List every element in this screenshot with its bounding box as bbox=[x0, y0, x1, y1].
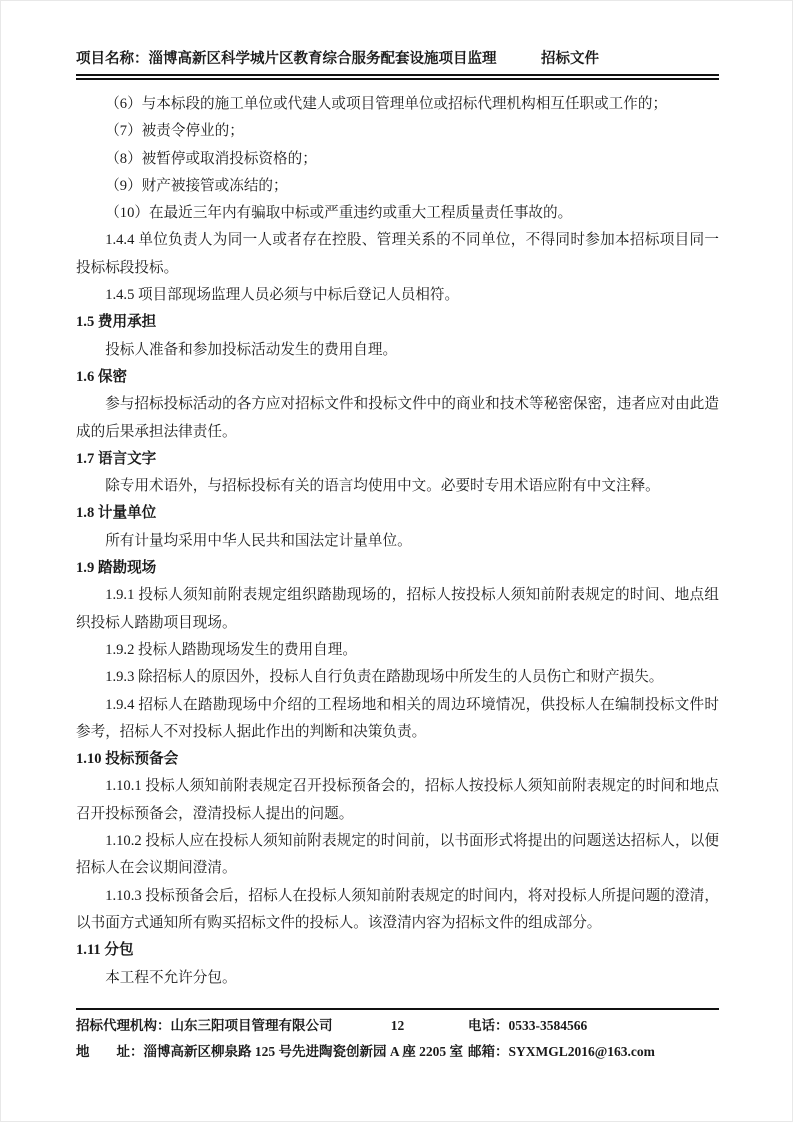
section-heading: 1.5 费用承担 bbox=[76, 309, 719, 336]
section-heading: 1.7 语言文字 bbox=[76, 446, 719, 473]
page-header: 项目名称：淄博高新区科学城片区教育综合服务配套设施项目监理 招标文件 bbox=[76, 49, 719, 80]
section-heading: 1.11 分包 bbox=[76, 937, 719, 964]
list-item: （9）财产被接管或冻结的； bbox=[76, 173, 719, 200]
paragraph: 1.9.2 投标人踏勘现场发生的费用自理。 bbox=[76, 637, 719, 664]
page-footer: 招标代理机构：山东三阳项目管理有限公司 12 电话：0533-3584566 地… bbox=[76, 1008, 719, 1065]
paragraph: 1.4.4 单位负责人为同一人或者存在控股、管理关系的不同单位，不得同时参加本招… bbox=[76, 227, 719, 282]
paragraph: 参与招标投标活动的各方应对招标文件和投标文件中的商业和技术等秘密保密，违者应对由… bbox=[76, 391, 719, 446]
header-text-row: 项目名称：淄博高新区科学城片区教育综合服务配套设施项目监理 招标文件 bbox=[76, 49, 719, 69]
paragraph: 1.9.4 招标人在踏勘现场中介绍的工程场地和相关的周边环境情况，供投标人在编制… bbox=[76, 692, 719, 747]
address-value: 淄博高新区柳泉路 125 号先进陶瓷创新园 A 座 2205 室 bbox=[144, 1044, 464, 1059]
section-heading: 1.9 踏勘现场 bbox=[76, 555, 719, 582]
paragraph: 1.4.5 项目部现场监理人员必须与中标后登记人员相符。 bbox=[76, 282, 719, 309]
paragraph: 投标人准备和参加投标活动发生的费用自理。 bbox=[76, 337, 719, 364]
paragraph: 1.10.3 投标预备会后，招标人在投标人须知前附表规定的时间内，将对投标人所提… bbox=[76, 883, 719, 938]
paragraph: 1.9.3 除招标人的原因外，投标人自行负责在踏勘现场中所发生的人员伤亡和财产损… bbox=[76, 664, 719, 691]
email-value: SYXMGL2016@163.com bbox=[509, 1044, 655, 1059]
paragraph: 除专用术语外，与招标投标有关的语言均使用中文。必要时专用术语应附有中文注释。 bbox=[76, 473, 719, 500]
document-body: （6）与本标段的施工单位或代建人或项目管理单位或招标代理机构相互任职或工作的； … bbox=[76, 91, 719, 992]
footer-row-1: 招标代理机构：山东三阳项目管理有限公司 12 电话：0533-3584566 bbox=[76, 1013, 719, 1039]
doc-type-label: 招标文件 bbox=[541, 49, 599, 69]
paragraph: 1.9.1 投标人须知前附表规定组织踏勘现场的，招标人按投标人须知前附表规定的时… bbox=[76, 582, 719, 637]
section-heading: 1.8 计量单位 bbox=[76, 500, 719, 527]
section-heading: 1.10 投标预备会 bbox=[76, 746, 719, 773]
email-label: 邮箱： bbox=[468, 1044, 509, 1059]
list-item: （10）在最近三年内有骗取中标或严重违约或重大工程质量责任事故的。 bbox=[76, 200, 719, 227]
project-name-label: 项目名称： bbox=[76, 51, 149, 67]
paragraph: 所有计量均采用中华人民共和国法定计量单位。 bbox=[76, 528, 719, 555]
list-item: （7）被责令停业的； bbox=[76, 118, 719, 145]
header-divider bbox=[76, 74, 719, 80]
paragraph: 本工程不允许分包。 bbox=[76, 965, 719, 992]
footer-row-2: 地 址：淄博高新区柳泉路 125 号先进陶瓷创新园 A 座 2205 室 邮箱：… bbox=[76, 1039, 719, 1065]
paragraph: 1.10.2 投标人应在投标人须知前附表规定的时间前，以书面形式将提出的问题送达… bbox=[76, 828, 719, 883]
paragraph: 1.10.1 投标人须知前附表规定召开投标预备会的，招标人按投标人须知前附表规定… bbox=[76, 773, 719, 828]
list-item: （8）被暂停或取消投标资格的； bbox=[76, 146, 719, 173]
document-page: 项目名称：淄博高新区科学城片区教育综合服务配套设施项目监理 招标文件 （6）与本… bbox=[0, 0, 793, 1122]
email-line: 邮箱：SYXMGL2016@163.com bbox=[468, 1039, 719, 1065]
section-heading: 1.6 保密 bbox=[76, 364, 719, 391]
project-name-value: 淄博高新区科学城片区教育综合服务配套设施项目监理 bbox=[149, 51, 497, 67]
list-item: （6）与本标段的施工单位或代建人或项目管理单位或招标代理机构相互任职或工作的； bbox=[76, 91, 719, 118]
project-name-line: 项目名称：淄博高新区科学城片区教育综合服务配套设施项目监理 bbox=[76, 49, 497, 69]
page-number: 12 bbox=[76, 1013, 719, 1039]
address-label: 地 址： bbox=[76, 1044, 144, 1059]
address-line: 地 址：淄博高新区柳泉路 125 号先进陶瓷创新园 A 座 2205 室 bbox=[76, 1039, 468, 1065]
